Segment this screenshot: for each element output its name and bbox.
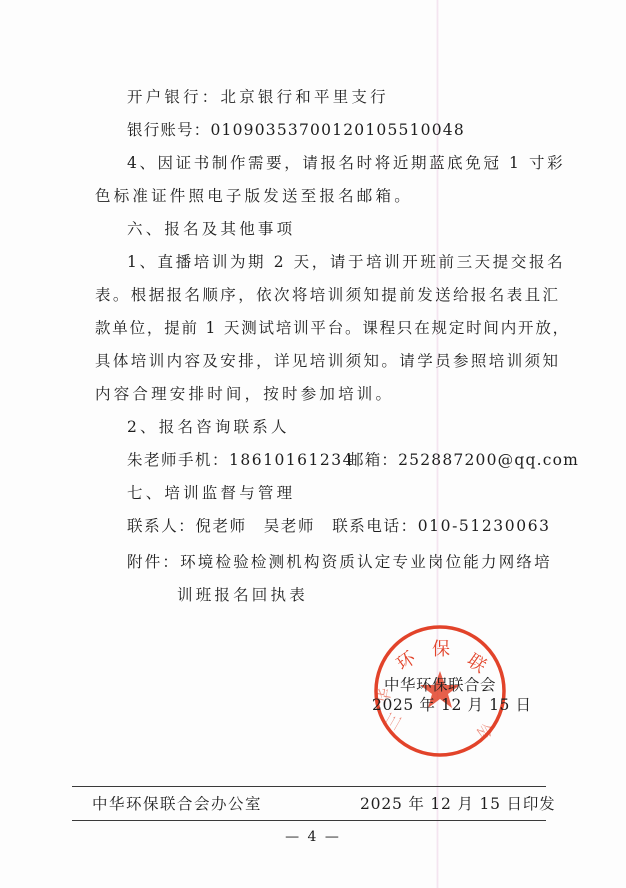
svg-text:会: 会 [473, 720, 497, 743]
svg-text:联: 联 [463, 650, 490, 678]
footer-issue-date: 2025 年 12 月 15 日印发 [360, 794, 555, 814]
s6-item1-line1: 1、直播培训为期 2 天，请于培训开班前三天提交报名 [127, 252, 565, 272]
s6-item1-line2: 表。根据报名顺序，依次将培训须知提前发送给报名表且汇 [95, 285, 560, 305]
footer-top-rule [72, 786, 546, 787]
footer-issuer: 中华环保联合会办公室 [92, 794, 262, 814]
item4-line2: 色标准证件照电子版发送至报名邮箱。 [95, 186, 413, 206]
section6-heading: 六、报名及其他事项 [127, 219, 295, 239]
s6-item1-line5: 内容合理安排时间，按时参加培训。 [95, 384, 394, 404]
attachment-line1: 附件：环境检验检测机构资质认定专业岗位能力网络培 [127, 552, 552, 572]
page-number: — 4 — [0, 829, 626, 845]
footer-bottom-rule [72, 820, 546, 821]
signature-organization: 中华环保联合会 [384, 675, 496, 695]
s6-item2-heading: 2、报名咨询联系人 [127, 417, 290, 437]
document-page: 开户银行：北京银行和平里支行 银行账号：01090353700120105510… [0, 0, 626, 888]
supervision-contact-line: 联系人：倪老师 吴老师 联系电话：010-51230063 [127, 516, 551, 536]
s6-item1-line3: 款单位，提前 1 天测试培训平台。课程只在规定时间内开放， [95, 318, 570, 338]
svg-text:环: 环 [393, 647, 421, 675]
item4-line1: 4、因证书制作需要，请报名时将近期蓝底免冠 1 寸彩 [127, 153, 565, 173]
bank-name-line: 开户银行：北京银行和平里支行 [127, 87, 389, 107]
bank-account-line: 银行账号：01090353700120105510048 [127, 120, 465, 140]
contact-phone-line: 朱老师手机：18610161234 [127, 450, 354, 470]
contact-email-line: 邮箱：252887200@qq.com [348, 450, 579, 470]
svg-text:保: 保 [432, 639, 450, 660]
section7-heading: 七、培训监督与管理 [127, 483, 295, 503]
signature-date: 2025 年 12 月 15 日 [372, 695, 532, 715]
s6-item1-line4: 具体培训内容及安排，详见培训须知。请学员参照培训须知 [95, 351, 560, 371]
attachment-line2: 训班报名回执表 [177, 585, 308, 605]
